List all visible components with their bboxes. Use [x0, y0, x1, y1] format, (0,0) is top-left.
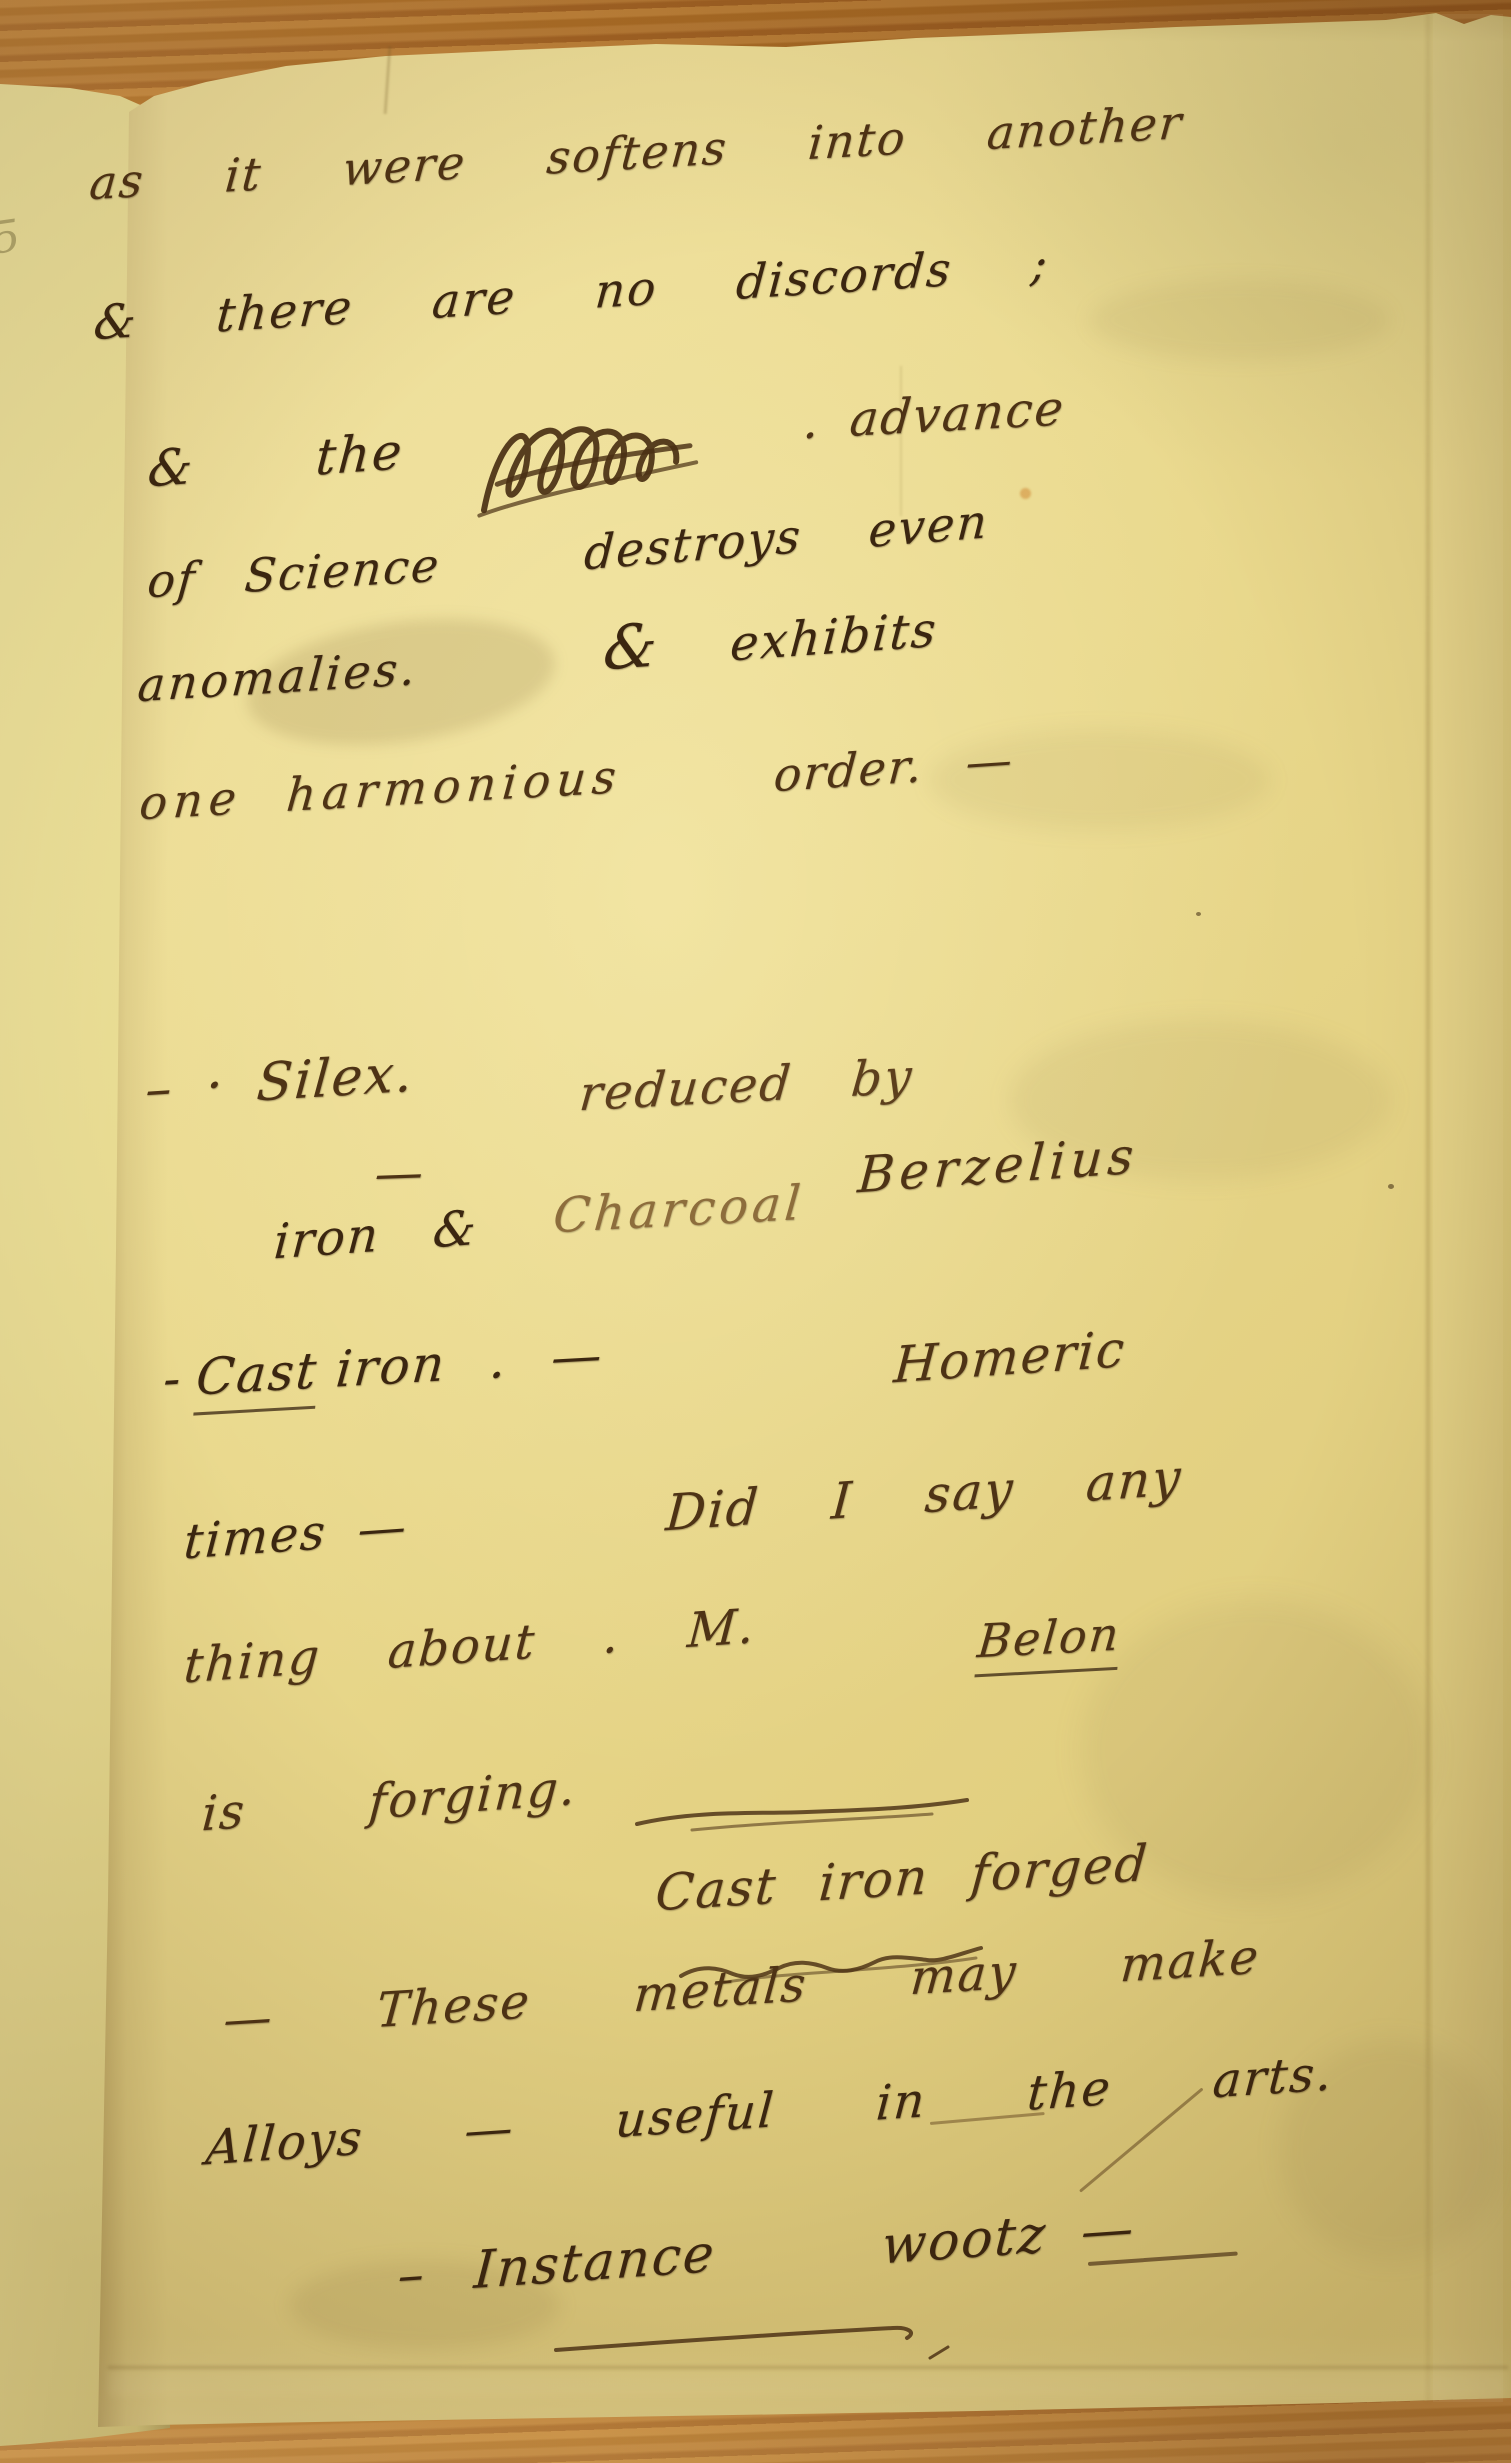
handwritten-line-11-belon: Belon: [975, 1607, 1123, 1669]
ink-stroke-instance-underline: [548, 2320, 968, 2364]
ink-speck: [1388, 1184, 1394, 1189]
dash-mark: —: [372, 1144, 428, 1202]
dash-mark: -: [161, 1349, 185, 1408]
word-cast-underlined: Cast: [193, 1341, 320, 1415]
word-exhibits: exhibits: [728, 602, 939, 673]
ampersand-glyph: &: [601, 610, 661, 684]
page-number: 5: [0, 210, 23, 264]
ink-stroke-after-forging: [632, 1798, 972, 1836]
word-belon-underlined: Belon: [974, 1607, 1122, 1678]
scribbled-out-word: [462, 400, 709, 528]
photo-scene: 5 as it were softens into another & ther…: [0, 0, 1511, 2463]
ink-speck: [1196, 912, 1201, 916]
